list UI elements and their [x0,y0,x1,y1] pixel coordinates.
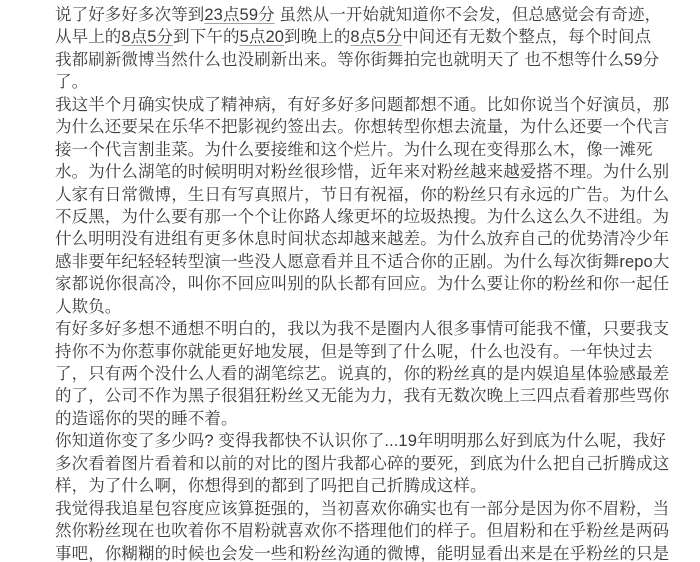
text-segment: 感非要年纪轻轻转型演一些没人愿意看并且不适合你的正剧。为什么每次街舞repo大 [55,253,669,271]
text-line: 多次看着图片看着和以前的对比的图片我都心碎的要死，到底为什么把自己折腾成这 [55,453,666,475]
text-line: 家都说你很高冷，叫你不回应叫别的队长都有回应。为什么要让你的粉丝和你一起任 [55,273,666,295]
text-line: 了。 [55,71,666,93]
text-line: 为什么还要呆在乐华不把影视约签出去。你想转型你想去流量，为什么还要一个代言 [55,116,666,138]
text-line: 的了，公司不作为黑子很猖狂粉丝又无能为力，我有无数次晚上三四点看着那些骂你 [55,385,666,407]
text-line: 样，为了什么啊，你想得到的都到了吗把自己折腾成这样。 [55,475,666,497]
text-segment: 人欺负。 [55,298,121,316]
text-line: 我都刷新微博当然什么也没刷新出来。等你街舞拍完也就明天了 也不想等什么59分 [55,49,666,71]
text-line: 有好多好多想不通想不明白的，我以为我不是圈内人很多事情可能我不懂，只要我支 [55,318,666,340]
time-link[interactable]: 8点5分 [121,28,173,46]
text-segment: 接一个代言割韭菜。为什么要接维和这个烂片。为什么现在变得那么木，像一滩死 [55,141,653,159]
text-segment: 到晚上的 [284,28,350,46]
text-line: 感非要年纪轻轻转型演一些没人愿意看并且不适合你的正剧。为什么每次街舞repo大 [55,251,666,273]
time-link[interactable]: 5点20 [240,28,284,46]
text-line: 水。为什么湖笔的时候明明对粉丝很珍惜，近年来对粉丝越来越爱搭不理。为什么别 [55,161,666,183]
text-line: 你知道你变了多少吗? 变得我都快不认识你了...19年明明那么好到底为什么呢，我… [55,430,666,452]
text-line: 人家有日常微博，生日有写真照片，节日有祝福，你的粉丝只有永远的广告。为什么 [55,184,666,206]
text-line: 什么明明没有进组有更多休息时间状态却越来越差。为什么放弃自己的优势清冷少年 [55,228,666,250]
text-segment: 从早上的 [55,28,121,46]
text-segment: 事吧，你糊糊的时候也会发一些和粉丝沟通的微博，能明显看出来是在乎粉丝的只是 [55,545,669,562]
text-segment: 说了好多好多次等到 [55,6,204,24]
text-segment: 你知道你变了多少吗? 变得我都快不认识你了...19年明明那么好到底为什么呢，我… [55,432,666,450]
paragraph: 你知道你变了多少吗? 变得我都快不认识你了...19年明明那么好到底为什么呢，我… [55,430,666,497]
text-line: 了，只有两个没什么人看的湖笔综艺。说真的，你的粉丝真的是内娱追星体验感最差 [55,363,666,385]
text-line: 事吧，你糊糊的时候也会发一些和粉丝沟通的微博，能明显看出来是在乎粉丝的只是 [55,543,666,562]
text-segment: 我都刷新微博当然什么也没刷新出来。等你街舞拍完也就明天了 也不想等什么59分 [55,51,659,69]
post-body: 说了好多好多次等到23点59分 虽然从一开始就知道你不会发，但总感觉会有奇迹，从… [0,0,700,562]
text-segment: 然你粉丝现在也吹着你不眉粉就喜欢你不搭理他们的样子。但眉粉和在乎粉丝是两码 [55,522,669,540]
text-segment: 了。 [55,73,88,91]
text-segment: 什么明明没有进组有更多休息时间状态却越来越差。为什么放弃自己的优势清冷少年 [55,230,669,248]
text-segment: 有好多好多想不通想不明白的，我以为我不是圈内人很多事情可能我不懂，只要我支 [55,320,669,338]
text-segment: 水。为什么湖笔的时候明明对粉丝很珍惜，近年来对粉丝越来越爱搭不理。为什么别 [55,163,669,181]
text-line: 人欺负。 [55,296,666,318]
text-segment: 虽然从一开始就知道你不会发，但总感觉会有奇迹， [275,6,661,24]
paragraph: 有好多好多想不通想不明白的，我以为我不是圈内人很多事情可能我不懂，只要我支持你不… [55,318,666,430]
text-segment: 我觉得我追星包容度应该算挺强的，当初喜欢你确实也有一部分是因为你不眉粉，当 [55,500,669,518]
text-line: 从早上的8点5分到下午的5点20到晚上的8点5分中间还有无数个整点，每个时间点 [55,26,666,48]
text-line: 持你不为你惹事你就能更好地发展，但是等到了什么呢，什么也没有。一年快过去 [55,341,666,363]
text-segment: 为什么还要呆在乐华不把影视约签出去。你想转型你想去流量，为什么还要一个代言 [55,118,669,136]
text-segment: 不反黑，为什么要有那一个个让你路人缘更坏的垃圾热搜。为什么这么久不进组。为 [55,208,669,226]
text-line: 然你粉丝现在也吹着你不眉粉就喜欢你不搭理他们的样子。但眉粉和在乎粉丝是两码 [55,520,666,542]
text-segment: 的造谣你的哭的睡不着。 [55,410,238,428]
text-segment: 样，为了什么啊，你想得到的都到了吗把自己折腾成这样。 [55,477,487,495]
time-link[interactable]: 23点59分 [204,6,274,24]
text-line: 我这半个月确实快成了精神病，有好多好多问题都想不通。比如你说当个好演员，那 [55,94,666,116]
text-segment: 家都说你很高冷，叫你不回应叫别的队长都有回应。为什么要让你的粉丝和你一起任 [55,275,669,293]
text-segment: 多次看着图片看着和以前的对比的图片我都心碎的要死，到底为什么把自己折腾成这 [55,455,669,473]
text-segment: 了，只有两个没什么人看的湖笔综艺。说真的，你的粉丝真的是内娱追星体验感最差 [55,365,669,383]
text-line: 我觉得我追星包容度应该算挺强的，当初喜欢你确实也有一部分是因为你不眉粉，当 [55,498,666,520]
text-line: 的造谣你的哭的睡不着。 [55,408,666,430]
text-segment: 持你不为你惹事你就能更好地发展，但是等到了什么呢，什么也没有。一年快过去 [55,343,653,361]
text-segment: 的了，公司不作为黑子很猖狂粉丝又无能为力，我有无数次晚上三四点看着那些骂你 [55,387,669,405]
text-line: 接一个代言割韭菜。为什么要接维和这个烂片。为什么现在变得那么木，像一滩死 [55,139,666,161]
text-segment: 我这半个月确实快成了精神病，有好多好多问题都想不通。比如你说当个好演员，那 [55,96,669,114]
time-link[interactable]: 8点5分 [350,28,402,46]
text-line: 说了好多好多次等到23点59分 虽然从一开始就知道你不会发，但总感觉会有奇迹， [55,4,666,26]
text-segment: 到下午的 [173,28,239,46]
paragraph: 我这半个月确实快成了精神病，有好多好多问题都想不通。比如你说当个好演员，那为什么… [55,94,666,318]
text-segment: 人家有日常微博，生日有写真照片，节日有祝福，你的粉丝只有永远的广告。为什么 [55,186,669,204]
text-line: 不反黑，为什么要有那一个个让你路人缘更坏的垃圾热搜。为什么这么久不进组。为 [55,206,666,228]
paragraph: 说了好多好多次等到23点59分 虽然从一开始就知道你不会发，但总感觉会有奇迹，从… [55,4,666,94]
text-segment: 中间还有无数个整点，每个时间点 [402,28,651,46]
paragraph: 我觉得我追星包容度应该算挺强的，当初喜欢你确实也有一部分是因为你不眉粉，当然你粉… [55,498,666,562]
